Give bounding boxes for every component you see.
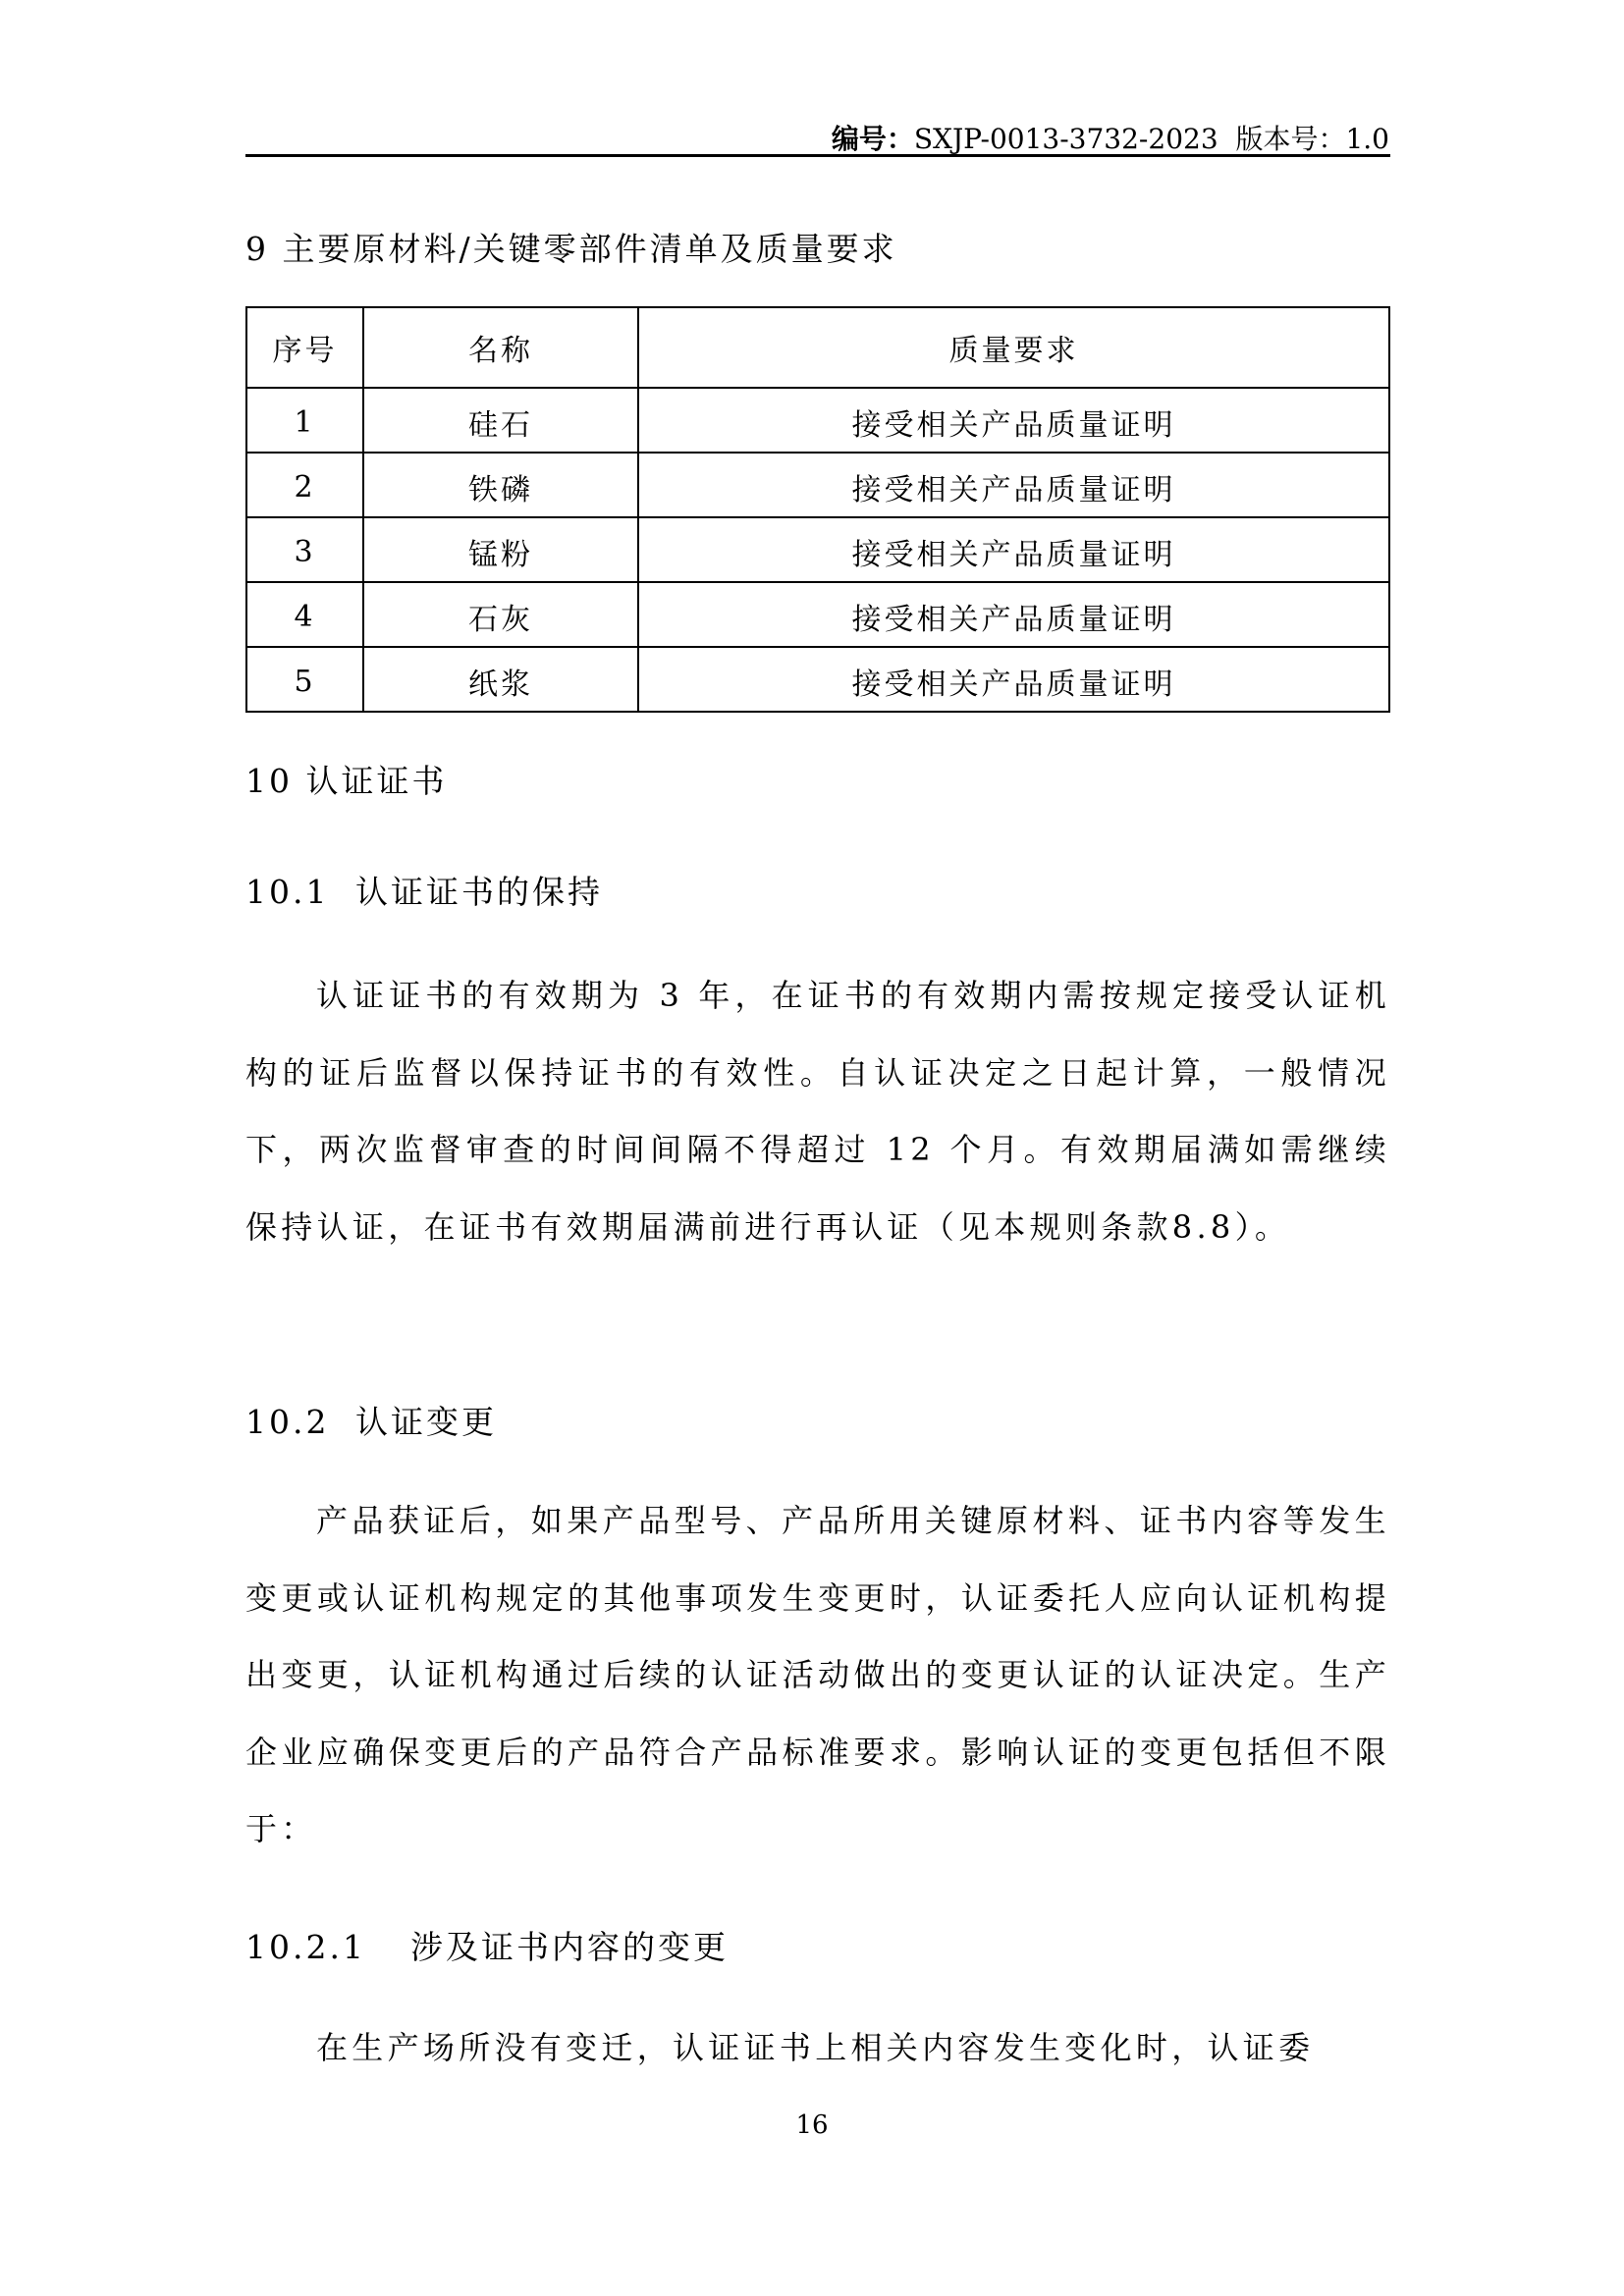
table-row: 2 铁磷 接受相关产品质量证明 [246,453,1389,517]
materials-table: 序号 名称 质量要求 1 硅石 接受相关产品质量证明 2 铁磷 接受相关产品质量… [245,306,1390,713]
section-number: 10.1 [245,873,355,911]
section-number: 10.2 [245,1403,355,1441]
section-10-heading: 10 认证证书 [245,756,447,802]
table-row: 4 石灰 接受相关产品质量证明 [246,582,1389,647]
cell-requirement: 接受相关产品质量证明 [638,517,1389,582]
cell-name: 石灰 [363,582,638,647]
paragraph-certificate-content-change: 在生产场所没有变迁，认证证书上相关内容发生变化时，认证委 [245,2009,1390,2087]
table-row: 1 硅石 接受相关产品质量证明 [246,388,1389,453]
column-header-requirement: 质量要求 [638,307,1389,388]
table-row: 3 锰粉 接受相关产品质量证明 [246,517,1389,582]
page-header: 编号：SXJP-0013-3732-2023 版本号：1.0 [832,118,1389,157]
section-9-heading: 9 主要原材料/关键零部件清单及质量要求 [245,224,897,270]
section-title: 涉及证书内容的变更 [410,1928,729,1966]
cell-name: 锰粉 [363,517,638,582]
version-label: 版本号： [1235,123,1345,155]
section-10-2-1-heading: 10.2.1涉及证书内容的变更 [245,1922,729,1968]
column-header-no: 序号 [246,307,363,388]
cell-no: 5 [246,647,363,712]
cell-no: 2 [246,453,363,517]
page-number: 16 [0,2110,1624,2140]
paragraph-certificate-maintenance: 认证证书的有效期为 3 年，在证书的有效期内需按规定接受认证机构的证后监督以保持… [245,957,1390,1265]
section-10-1-heading: 10.1认证证书的保持 [245,867,603,913]
document-page: 编号：SXJP-0013-3732-2023 版本号：1.0 9 主要原材料/关… [0,0,1624,2296]
section-number: 10.2.1 [245,1928,410,1966]
cell-name: 纸浆 [363,647,638,712]
cell-requirement: 接受相关产品质量证明 [638,453,1389,517]
cell-no: 4 [246,582,363,647]
version-number: 1.0 [1345,123,1389,155]
cell-name: 铁磷 [363,453,638,517]
cell-no: 1 [246,388,363,453]
cell-no: 3 [246,517,363,582]
table-row: 5 纸浆 接受相关产品质量证明 [246,647,1389,712]
header-divider [245,154,1390,157]
paragraph-certification-change: 产品获证后，如果产品型号、产品所用关键原材料、证书内容等发生变更或认证机构规定的… [245,1482,1390,1868]
cell-requirement: 接受相关产品质量证明 [638,582,1389,647]
column-header-name: 名称 [363,307,638,388]
doc-number-label: 编号： [832,123,914,155]
table-header-row: 序号 名称 质量要求 [246,307,1389,388]
doc-number: SXJP-0013-3732-2023 [914,123,1218,155]
cell-requirement: 接受相关产品质量证明 [638,647,1389,712]
cell-name: 硅石 [363,388,638,453]
section-10-2-heading: 10.2认证变更 [245,1397,497,1443]
section-title: 认证证书的保持 [355,873,603,911]
cell-requirement: 接受相关产品质量证明 [638,388,1389,453]
section-title: 认证变更 [355,1403,497,1441]
